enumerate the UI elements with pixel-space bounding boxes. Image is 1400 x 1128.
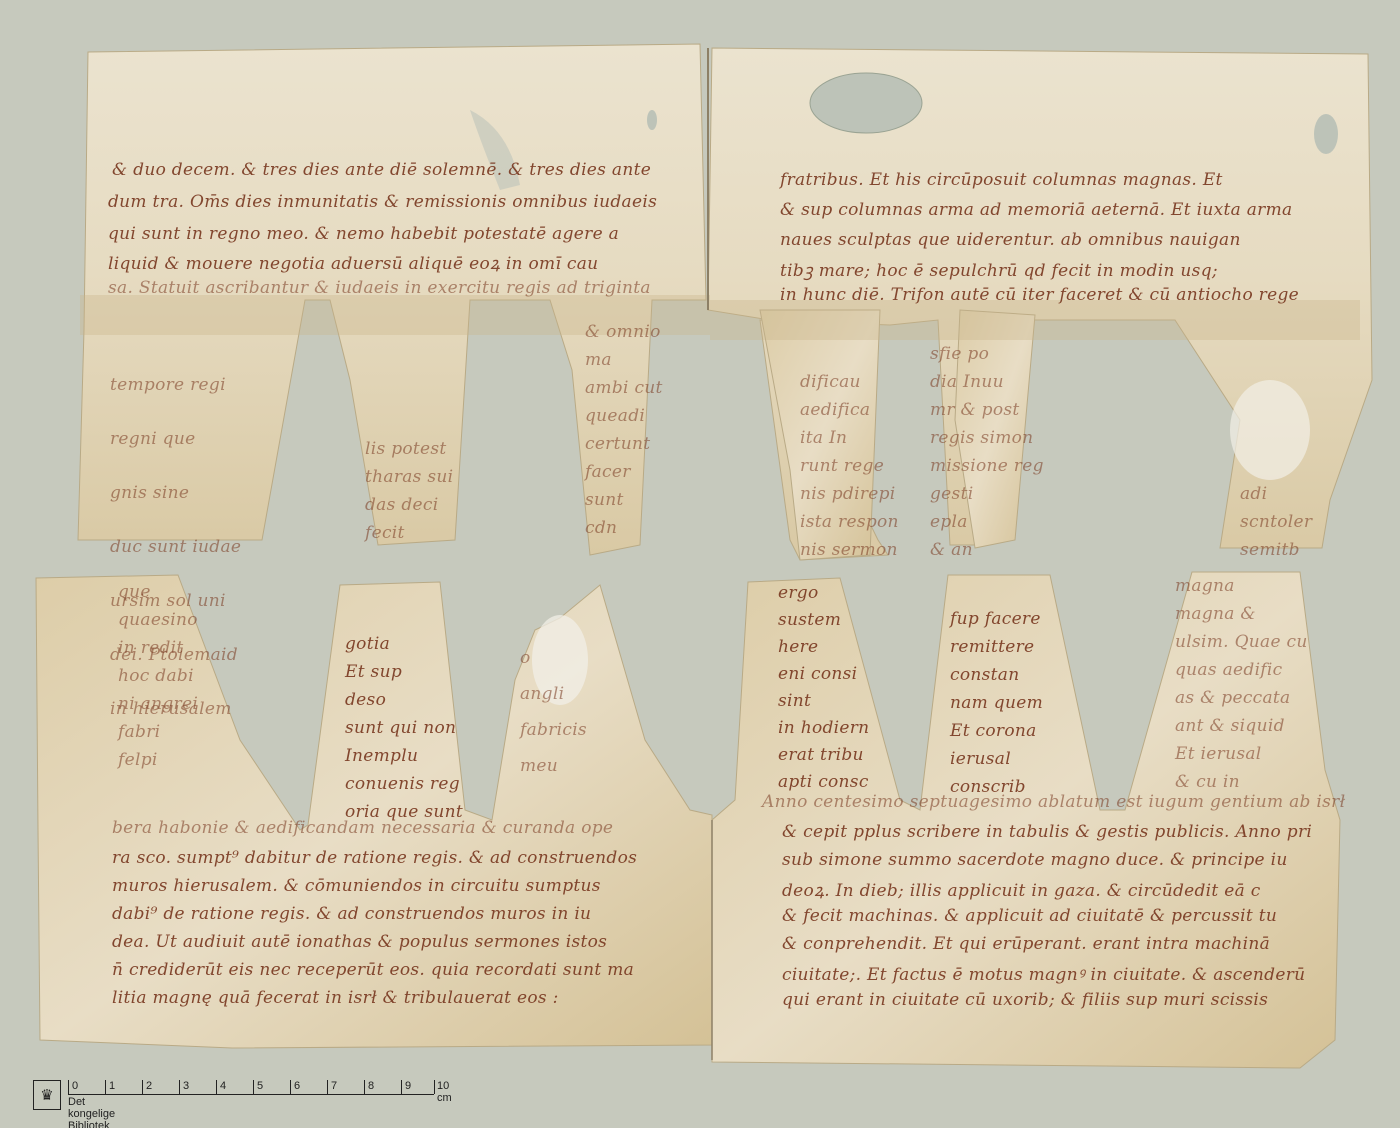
ruler-tick: 4	[216, 1080, 226, 1094]
strip-text: ergo sustem here eni consi sint in hodie…	[778, 580, 858, 796]
manuscript-photo: & duo decem. & tres dies ante diē solemn…	[0, 0, 1400, 1128]
text-line: ulsim. Quae cu	[1175, 628, 1295, 656]
strip-text: fup facere remittere constan nam quem Et…	[950, 605, 1050, 801]
text-line: facer	[585, 458, 655, 486]
ruler-tick: 5	[253, 1080, 263, 1094]
text-line: liquid & mouere negotia aduersū aliquē e…	[108, 251, 598, 274]
text-line: sa. Statuit ascribantur & iudaeis in exe…	[108, 278, 651, 298]
text-line: sunt qui non	[345, 714, 445, 742]
strip-text: o angli fabricis meu	[520, 640, 610, 784]
text-line: & duo decem. & tres dies ante diē solemn…	[112, 160, 651, 180]
text-line: fup facere	[950, 605, 1050, 633]
text-line: Et corona	[950, 717, 1050, 745]
text-line: angli	[520, 676, 610, 712]
text-line: ita In	[800, 424, 880, 452]
text-line: sfie po	[930, 340, 1010, 368]
text-line: nis sermon	[800, 536, 880, 564]
strip-text: que quaesino in redit hoc dabi ni angrei…	[118, 578, 198, 774]
text-line: hoc dabi	[118, 662, 198, 690]
text-line: quaesino	[118, 606, 198, 634]
text-line: qui erant in ciuitate cū uxorib; & filii…	[782, 990, 1268, 1010]
text-line: ni angrei	[118, 690, 198, 718]
text-line: constan	[950, 661, 1050, 689]
ruler-tick: 3	[179, 1080, 189, 1094]
strip-text: magna magna & ulsim. Quae cu quas aedifi…	[1175, 572, 1295, 796]
ruler-tick: 1	[105, 1080, 115, 1094]
ruler-tick: 6	[290, 1080, 300, 1094]
text-line: Inemplu	[345, 742, 445, 770]
text-line: que	[118, 578, 198, 606]
text-line: magna &	[1175, 600, 1295, 628]
crown-icon: ♛	[33, 1080, 61, 1110]
text-line: fabri	[118, 718, 198, 746]
text-line: tharas sui	[365, 463, 455, 491]
ruler: 0 1 2 3 4 5 6 7 8 9	[68, 1080, 434, 1095]
text-line: gotia	[345, 630, 445, 658]
text-line: here	[778, 634, 858, 661]
text-line: in redit	[118, 634, 198, 662]
ruler-end-tick	[434, 1080, 435, 1094]
text-line: as & peccata	[1175, 684, 1295, 712]
text-line: remittere	[950, 633, 1050, 661]
hole-oval	[810, 73, 922, 133]
ruler-tick: 7	[327, 1080, 337, 1094]
text-line: muros hierusalem. & cōmuniendos in circu…	[112, 876, 601, 896]
text-line: scntoler	[1240, 508, 1320, 536]
text-line: fecit	[365, 519, 455, 547]
text-line: regis simon	[930, 424, 1010, 452]
text-line: dificau	[800, 368, 880, 396]
text-line: quas aedific	[1175, 656, 1295, 684]
text-line: felpi	[118, 746, 198, 774]
text-line: duc sunt iudae	[110, 534, 260, 561]
text-line: ra sco. sumpt⁹ dabitur de ratione regis.…	[112, 848, 637, 868]
text-line: queadi	[585, 402, 655, 430]
text-line: adi	[1240, 480, 1320, 508]
text-line: Et sup	[345, 658, 445, 686]
text-line: ant & siquid	[1175, 712, 1295, 740]
text-line: naues sculptas que uiderentur. ab omnibu…	[780, 230, 1241, 250]
text-line: lis potest	[365, 435, 455, 463]
strip-text: & omnio ma ambi cut queadi certunt facer…	[585, 318, 655, 542]
ruler-tick: 2	[142, 1080, 152, 1094]
strip-text: dificau aedifica ita In runt rege nis pd…	[800, 368, 880, 564]
text-line: & omnio	[585, 318, 655, 346]
text-line: certunt	[585, 430, 655, 458]
hole-small-right	[1314, 114, 1338, 154]
strip-text: gotia Et sup deso sunt qui non Inemplu c…	[345, 630, 445, 826]
text-line: bera habonie & aedificandam necessaria &…	[112, 818, 613, 838]
text-line: ierusal	[950, 745, 1050, 773]
text-line: & conprehendit. Et qui erūperant. erant …	[782, 934, 1270, 954]
text-line: & fecit machinas. & applicuit ad ciuitat…	[782, 906, 1277, 926]
text-line: regni que	[110, 426, 260, 453]
text-line: n̄ crediderūt eis nec receperūt eos. qui…	[112, 960, 634, 980]
ruler-tick: 8	[364, 1080, 374, 1094]
text-line: & cepit pplus scribere in tabulis & gest…	[782, 822, 1312, 842]
text-line: deoꝝ. In dieb; illis applicuit in gaza. …	[782, 878, 1261, 901]
text-line: dum tra. Om̄s dies inmunitatis & remissi…	[108, 192, 657, 212]
text-line: nam quem	[950, 689, 1050, 717]
ruler-tick: 0	[68, 1080, 78, 1094]
text-line: meu	[520, 748, 610, 784]
text-line: dabi⁹ de ratione regis. & ad construendo…	[112, 904, 591, 924]
text-line: sub simone summo sacerdote magno duce. &…	[782, 850, 1288, 870]
text-line: semitb	[1240, 536, 1320, 564]
text-line: gesti	[930, 480, 1010, 508]
text-line: fabricis	[520, 712, 610, 748]
text-line: magna	[1175, 572, 1295, 600]
strip-text: sfie po dia Inuu mr & post regis simon m…	[930, 340, 1010, 564]
text-line: in hunc diē. Trifon autē cū iter faceret…	[780, 285, 1299, 305]
text-line: mr & post	[930, 396, 1010, 424]
text-line: o	[520, 640, 610, 676]
text-line: erat tribu	[778, 742, 858, 769]
text-line: ergo	[778, 580, 858, 607]
text-line: nis pdirepi	[800, 480, 880, 508]
text-line: ambi cut	[585, 374, 655, 402]
institution-label: Det kongelige Bibliotek	[68, 1096, 115, 1128]
text-line: Anno centesimo septuagesimo ablatum est …	[762, 792, 1345, 812]
text-line: das deci	[365, 491, 455, 519]
strip-text: adi scntoler semitb	[1240, 480, 1320, 564]
strip-text: lis potest tharas sui das deci fecit	[365, 435, 455, 547]
text-line: tempore regi	[110, 372, 260, 399]
text-line: & an	[930, 536, 1010, 564]
text-line: gnis sine	[110, 480, 260, 507]
text-line: cdn	[585, 514, 655, 542]
text-line: litia magnę quā fecerat in isrł & tribul…	[112, 988, 559, 1008]
text-line: ma	[585, 346, 655, 374]
ruler-unit-label: 10 cm	[437, 1080, 452, 1104]
text-line: ista respon	[800, 508, 880, 536]
text-line: epla	[930, 508, 1010, 536]
text-line: conuenis reg	[345, 770, 445, 798]
text-line: eni consi	[778, 661, 858, 688]
text-line: sustem	[778, 607, 858, 634]
text-line: Et ierusal	[1175, 740, 1295, 768]
hole-small-left	[647, 110, 657, 130]
text-line: sunt	[585, 486, 655, 514]
text-line: missione reg	[930, 452, 1010, 480]
text-line: ciuitate;. Et factus ē motus magnꝰ in ci…	[782, 962, 1305, 985]
text-line: tibꝫ mare; hoc ē sepulchrū qd fecit in m…	[780, 258, 1218, 281]
text-line: fratribus. Et his circūposuit columnas m…	[780, 170, 1223, 190]
text-line: aedifica	[800, 396, 880, 424]
text-line: deso	[345, 686, 445, 714]
text-line: dea. Ut audiuit autē ionathas & populus …	[112, 932, 607, 952]
text-line: qui sunt in regno meo. & nemo habebit po…	[108, 224, 619, 244]
text-line: runt rege	[800, 452, 880, 480]
text-line: & sup columnas arma ad memoriā aeternā. …	[780, 200, 1292, 220]
text-line: dia Inuu	[930, 368, 1010, 396]
ruler-tick: 9	[401, 1080, 411, 1094]
text-line: sint	[778, 688, 858, 715]
text-line: in hodiern	[778, 715, 858, 742]
